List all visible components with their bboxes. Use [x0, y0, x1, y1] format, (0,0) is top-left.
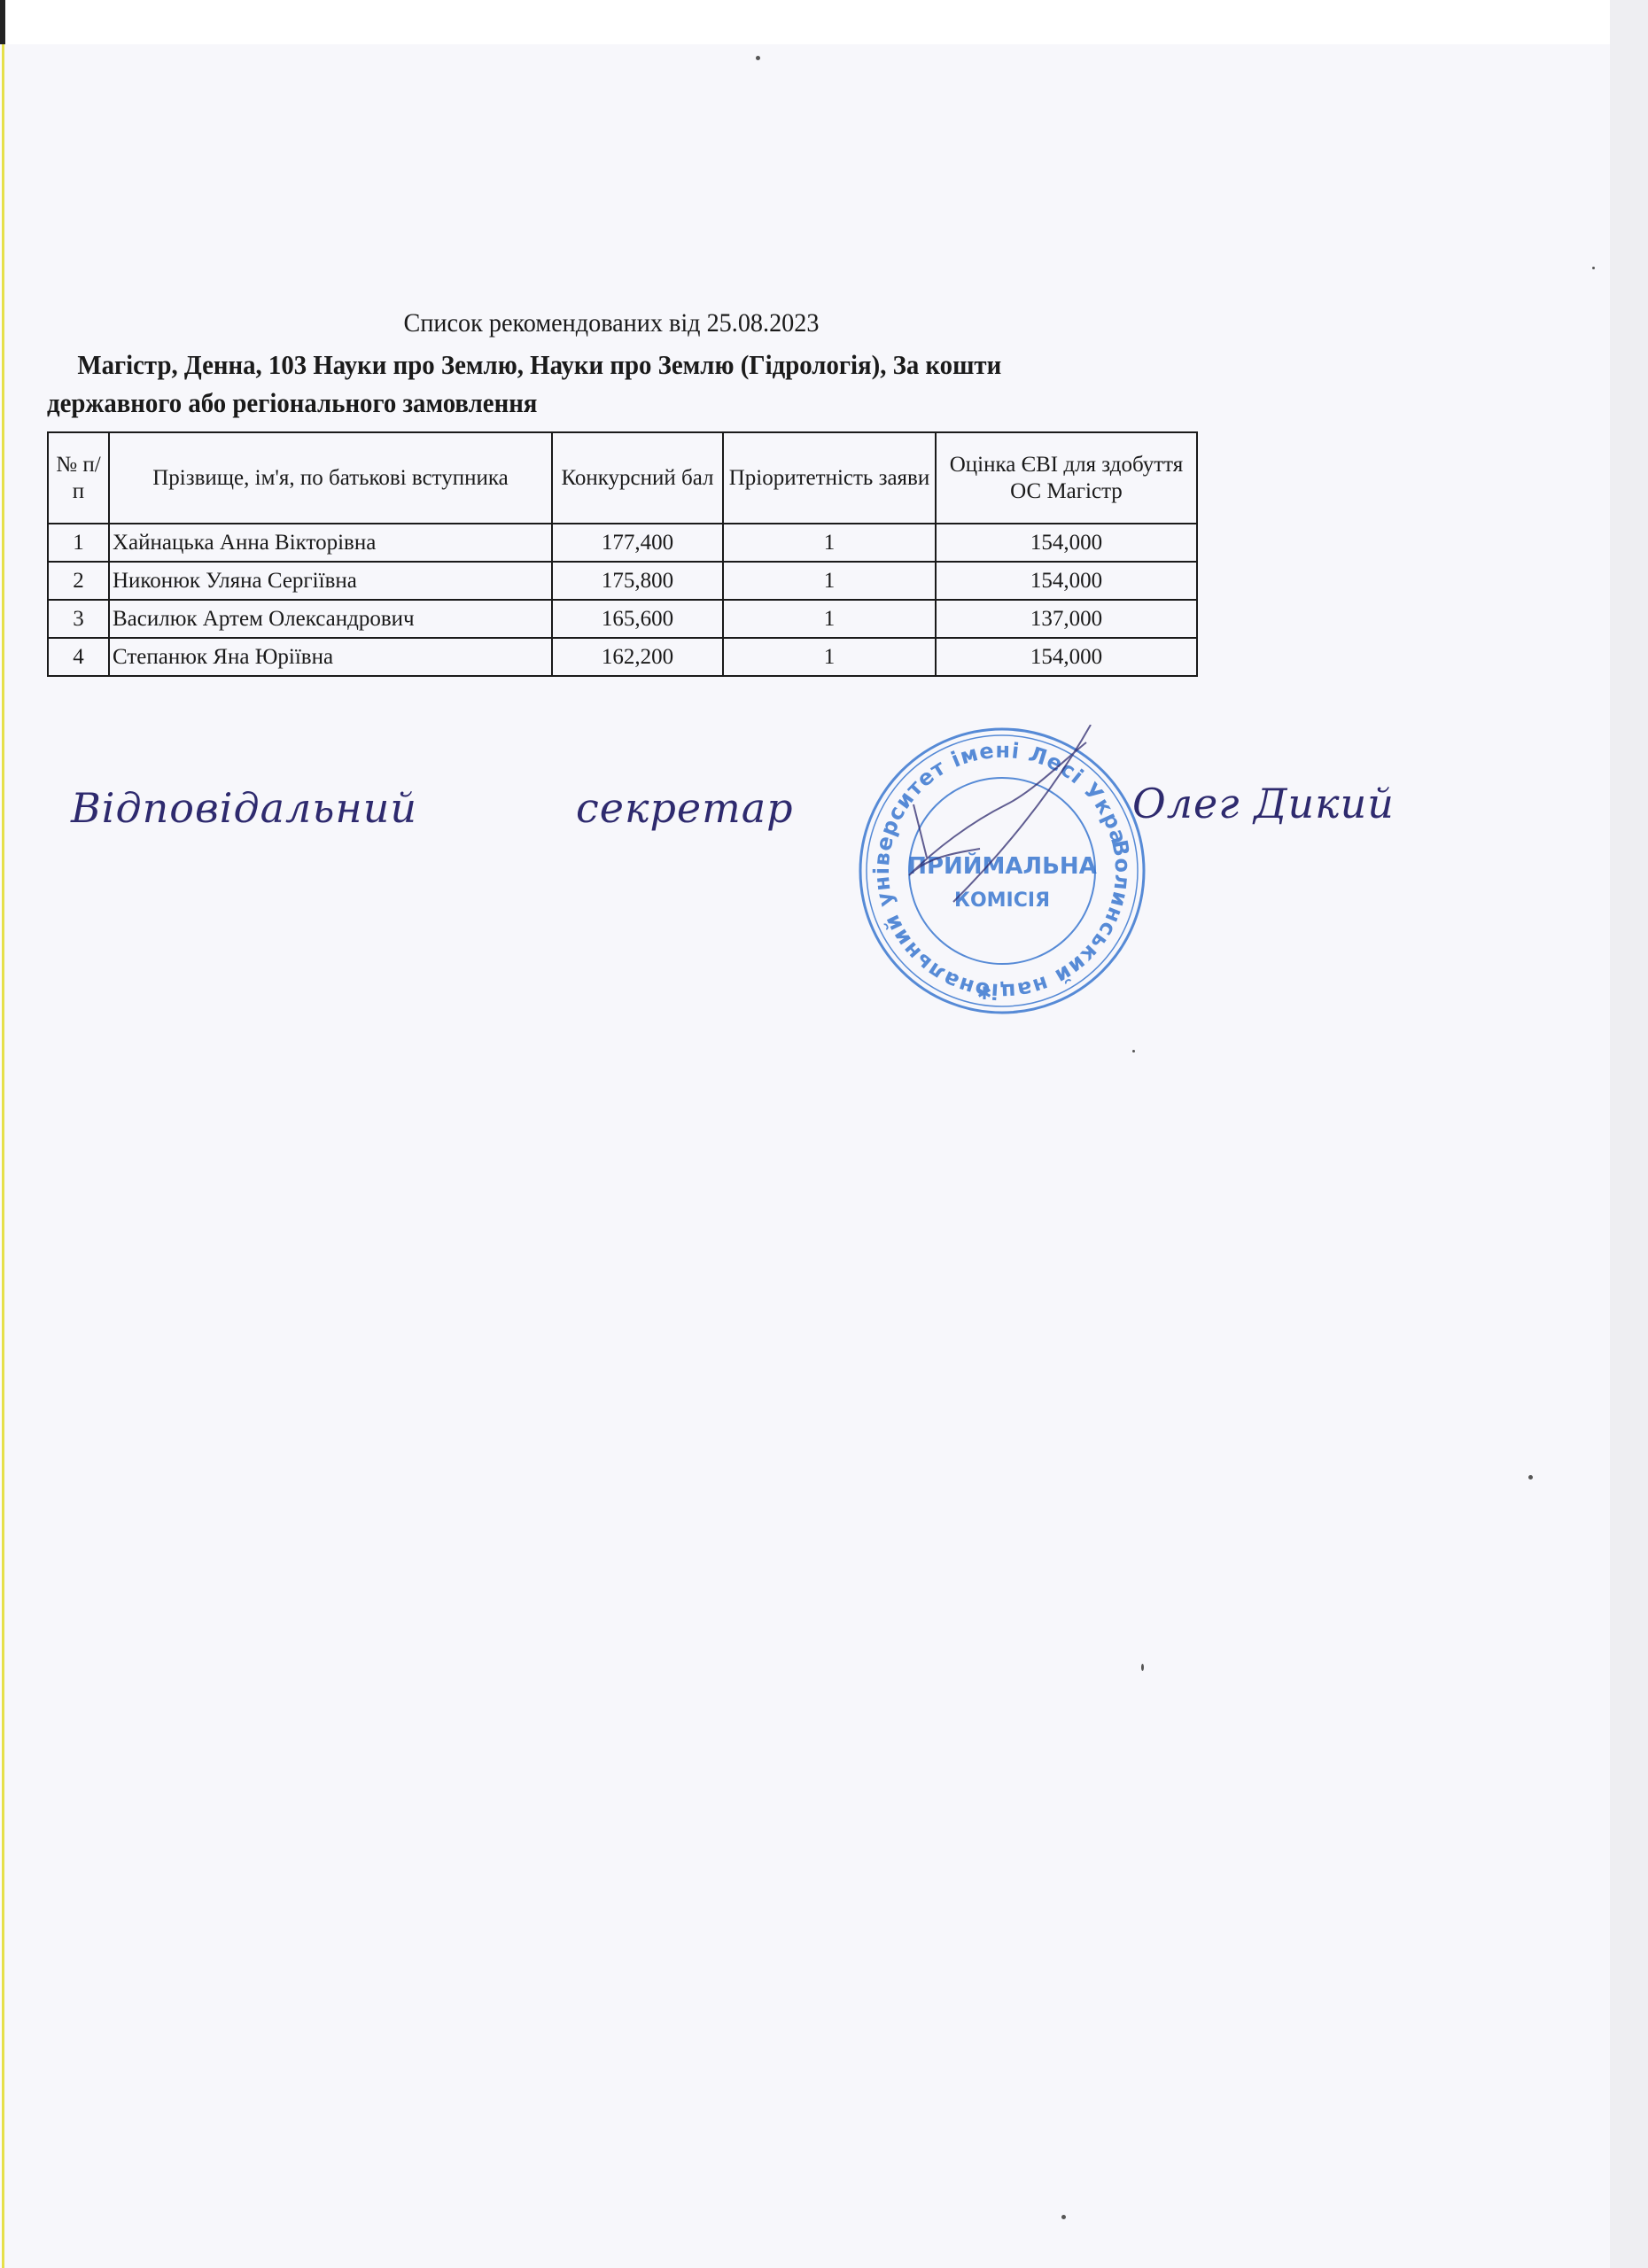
cell-priority: 1 [723, 524, 936, 562]
cell-evi: 154,000 [936, 524, 1197, 562]
cell-priority: 1 [723, 562, 936, 600]
cell-name: Хайнацька Анна Вікторівна [109, 524, 552, 562]
cell-name: Никонюк Уляна Сергіївна [109, 562, 552, 600]
handwritten-role: Відповідальний [71, 784, 417, 832]
table-row: 4 Степанюк Яна Юріївна 162,200 1 154,000 [48, 638, 1197, 676]
stamp-star-icon: ✱ [977, 983, 992, 1004]
table-header-row: № п/п Прізвище, ім'я, по батькові вступн… [48, 432, 1197, 524]
cell-priority: 1 [723, 600, 936, 638]
cell-num: 4 [48, 638, 109, 676]
scan-corner-shadow [0, 0, 5, 44]
cell-name: Василюк Артем Олександрович [109, 600, 552, 638]
scan-speck [756, 56, 760, 60]
cell-evi: 154,000 [936, 562, 1197, 600]
recommended-list-table: № п/п Прізвище, ім'я, по батькові вступн… [47, 431, 1198, 677]
scan-speck [1132, 1050, 1135, 1052]
scan-speck [1061, 2215, 1066, 2219]
table-row: 3 Василюк Артем Олександрович 165,600 1 … [48, 600, 1197, 638]
stamp-center-line1: ПРИЙМАЛЬНА [907, 851, 1097, 880]
cell-name: Степанюк Яна Юріївна [109, 638, 552, 676]
cell-num: 2 [48, 562, 109, 600]
handwritten-name: Олег Дикий [1132, 780, 1395, 827]
header-score: Конкурсний бал [552, 432, 723, 524]
cell-evi: 154,000 [936, 638, 1197, 676]
scan-speck [1592, 267, 1595, 269]
stamp-seal-icon: Волинський національний університет імен… [856, 725, 1148, 1017]
cell-score: 175,800 [552, 562, 723, 600]
cell-score: 177,400 [552, 524, 723, 562]
scan-margin-right [1610, 0, 1648, 2268]
document-subtitle: Магістр, Денна, 103 Науки про Землю, Нау… [47, 346, 1118, 422]
document-title: Список рекомендованих від 25.08.2023 [36, 308, 1185, 338]
table-row: 2 Никонюк Уляна Сергіївна 175,800 1 154,… [48, 562, 1197, 600]
header-priority: Пріоритетність заяви [723, 432, 936, 524]
cell-score: 165,600 [552, 600, 723, 638]
header-evi: Оцінка ЄВІ для здобуття ОС Магістр [936, 432, 1197, 524]
handwritten-role-secretary: секретар [576, 784, 794, 832]
scan-speck [1528, 1475, 1533, 1480]
table-row: 1 Хайнацька Анна Вікторівна 177,400 1 15… [48, 524, 1197, 562]
cell-priority: 1 [723, 638, 936, 676]
cell-num: 3 [48, 600, 109, 638]
scan-speck [1141, 1664, 1144, 1671]
header-num: № п/п [48, 432, 109, 524]
header-name: Прізвище, ім'я, по батькові вступника [109, 432, 552, 524]
scan-margin-top [0, 0, 1648, 44]
stamp-center-line2: КОМІСІЯ [954, 889, 1050, 912]
cell-evi: 137,000 [936, 600, 1197, 638]
cell-num: 1 [48, 524, 109, 562]
cell-score: 162,200 [552, 638, 723, 676]
